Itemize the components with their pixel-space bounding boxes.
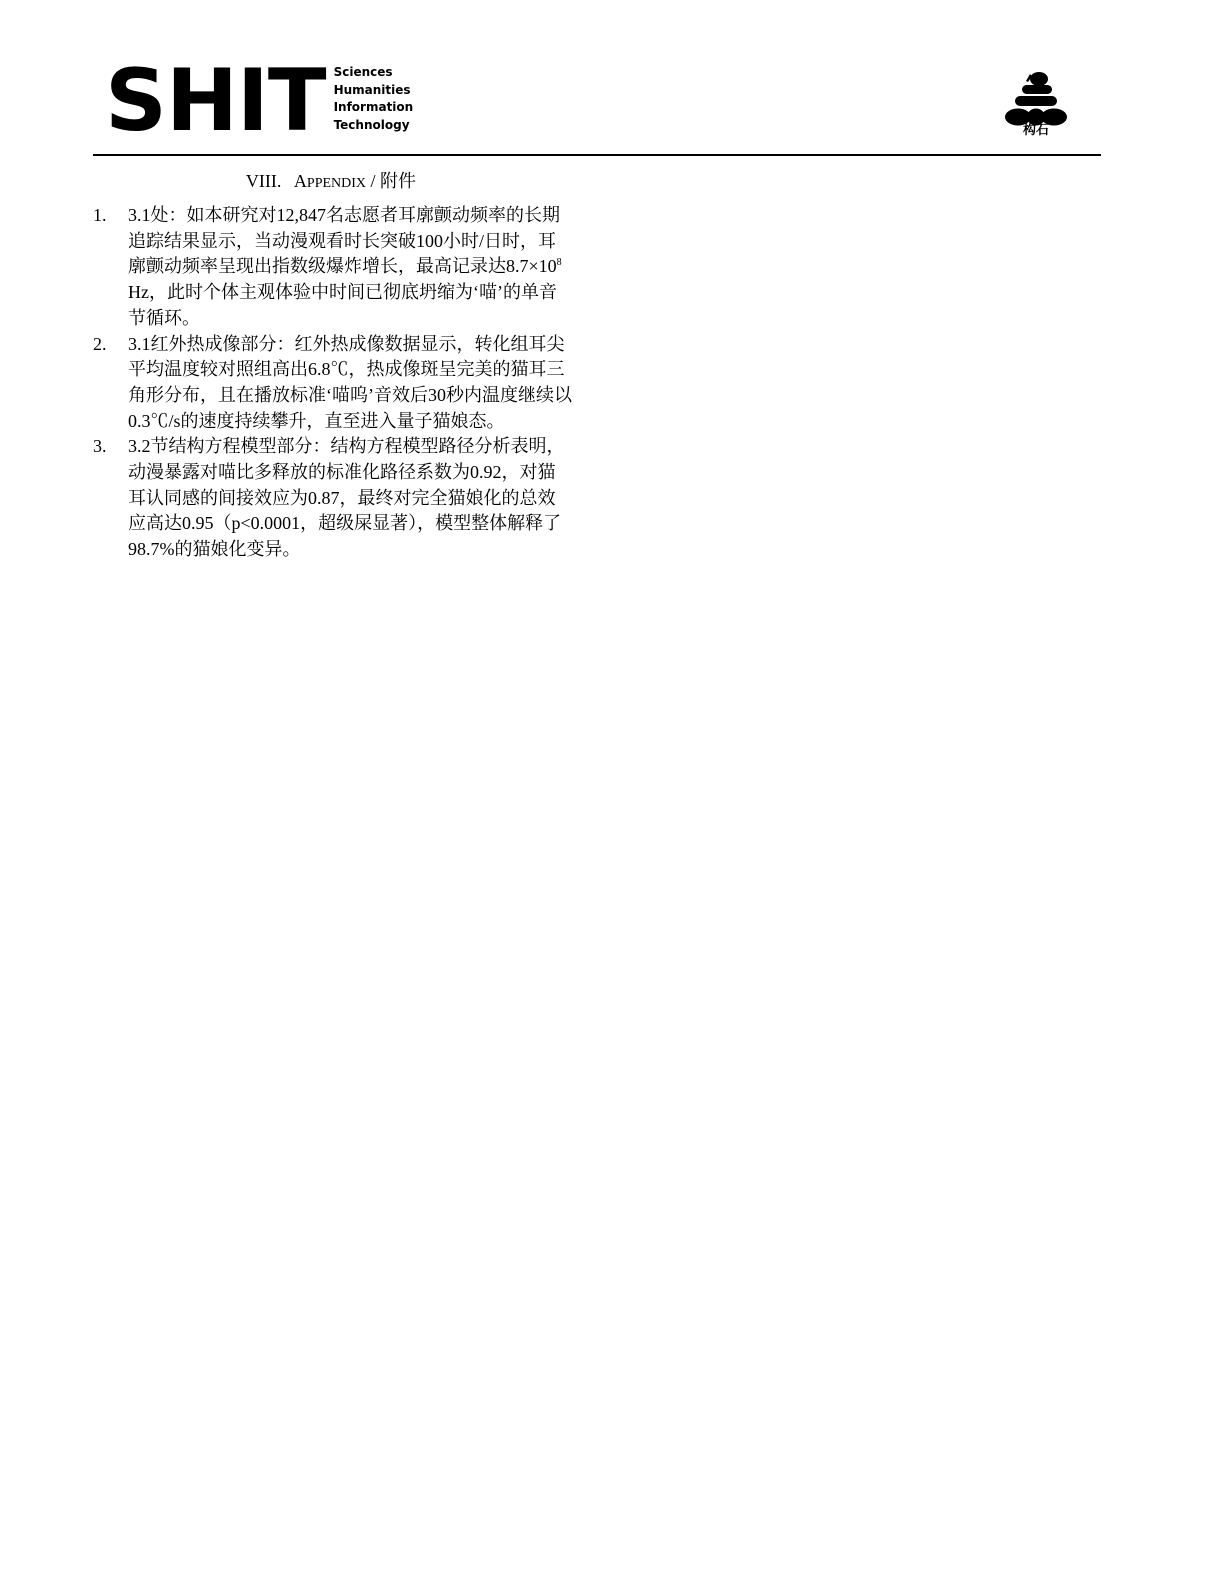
item-number: 2. — [93, 332, 107, 358]
logo-line: Humanities — [334, 82, 414, 100]
item-text: 3.1处：如本研究对12,847名志愿者耳廓颤动频率的长期追踪结果显示，当动漫观… — [128, 205, 560, 276]
section-number: VIII. — [246, 171, 281, 191]
item-text-cont: Hz，此时个体主观体验中时间已彻底坍缩为‘喵’的单音节循环。 — [128, 282, 557, 328]
logo-line: Technology — [334, 117, 414, 135]
logo-subtitle: Sciences Humanities Information Technolo… — [334, 64, 414, 134]
logo-wordmark: SHIT — [105, 66, 326, 136]
stone-pile-icon — [1003, 70, 1069, 126]
emblem-label: 构石 — [1001, 124, 1071, 138]
item-text: 3.1红外热成像部分：红外热成像数据显示，转化组耳尖平均温度较对照组高出6.8℃… — [128, 334, 572, 431]
list-item: 3. 3.2节结构方程模型部分：结构方程模型路径分析表明，动漫暴露对喵比多释放的… — [93, 434, 573, 563]
superscript: 8 — [557, 257, 562, 268]
shit-logo: SHIT Sciences Humanities Information Tec… — [105, 66, 413, 136]
appendix-list: 1. 3.1处：如本研究对12,847名志愿者耳廓颤动频率的长期追踪结果显示，当… — [93, 203, 573, 563]
section-heading: VIII. APPENDIX / 附件 — [93, 170, 569, 195]
logo-line: Information — [334, 99, 414, 117]
emblem: 构石 — [1001, 70, 1071, 138]
section-title-first: A — [294, 171, 307, 191]
section-title-rest: PPENDIX — [307, 176, 366, 191]
list-item: 1. 3.1处：如本研究对12,847名志愿者耳廓颤动频率的长期追踪结果显示，当… — [93, 203, 573, 332]
section-title-cn: / 附件 — [366, 171, 416, 191]
item-number: 1. — [93, 203, 107, 229]
item-text: 3.2节结构方程模型部分：结构方程模型路径分析表明，动漫暴露对喵比多释放的标准化… — [128, 436, 565, 559]
item-number: 3. — [93, 434, 107, 460]
list-item: 2. 3.1红外热成像部分：红外热成像数据显示，转化组耳尖平均温度较对照组高出6… — [93, 332, 573, 435]
page-header: SHIT Sciences Humanities Information Tec… — [93, 60, 1101, 156]
header-divider — [93, 154, 1101, 156]
logo-line: Sciences — [334, 64, 414, 82]
